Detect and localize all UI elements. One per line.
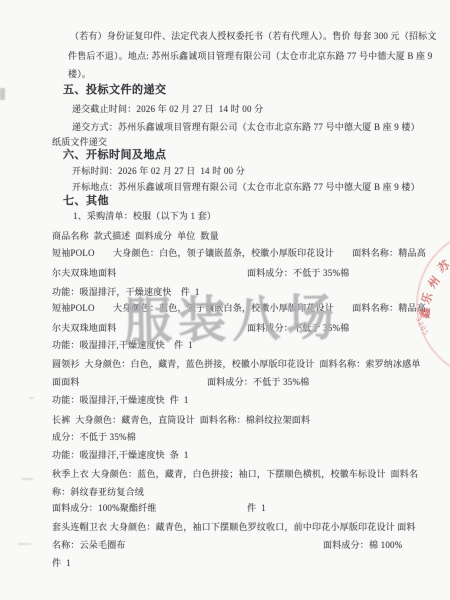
scan-speck: [29, 397, 34, 399]
para-line-3: 楼）。: [68, 68, 91, 80]
product-row-1-line-2-left: 尔夫双珠地面料: [52, 267, 116, 279]
product-table-header: 商品名称 款式描述 面料成分 单位 数量: [52, 230, 219, 242]
product-row-3-line-1: 圆领衫 大身颜色：白色，藏青，蓝色拼接，校徽小厚版印花设计 面料名称：索罗纳冰感…: [52, 358, 421, 370]
product-row-5-line-3-right: 件 1: [247, 502, 266, 514]
product-row-3-line-2-left: 面面料: [52, 376, 80, 388]
section-6-heading: 六、开标时间及地点: [63, 149, 167, 161]
submission-method-line: 递交方式：苏州乐鑫诚项目管理有限公司（太仓市北京东路 77 号中德大厦 B 座 …: [72, 121, 420, 133]
product-row-5-line-3-left: 面料成分：100%聚酯纤维: [52, 502, 157, 514]
paper-submission-line: 纸质文件递交: [52, 136, 107, 148]
para-line-1: （若有）身份证复印件、法定代表人授权委托书（若有代理人）。售价 每套 300 元…: [70, 30, 437, 42]
scan-speck: [22, 478, 33, 480]
section-5-heading: 五、投标文件的递交: [63, 84, 167, 96]
product-row-4-line-2: 成分：不低于 35%棉: [52, 431, 136, 443]
bid-opening-place-line: 开标地点：苏州乐鑫诚项目管理有限公司（太仓市北京东路 77 号中德大厦 B 座 …: [72, 181, 420, 193]
product-row-6-line-3: 件 1: [52, 557, 71, 569]
product-row-5-line-1: 秋季上衣 大身颜色：蓝色，藏青，白色拼接；袖口，下摆顺色横机，校徽车标设计 面料…: [52, 468, 418, 480]
product-row-6-line-2-right: 面料成分：棉 100%: [323, 539, 402, 551]
section-7-heading: 七、其他: [63, 195, 109, 207]
submission-deadline-line: 递交截止时间：2026 年 02 月 27 日 14 时 00 分: [72, 103, 263, 115]
product-row-3-line-3: 功能：吸湿排汗,干燥速度快 件 1: [52, 394, 189, 406]
bid-opening-time-line: 开标时间：2026 年 02 月 27 日 14 时 00 分: [72, 165, 245, 177]
watermark-text: 服装八场: [123, 277, 340, 353]
product-row-3-line-2-right: 面料成分：不低于 35%棉: [207, 376, 309, 388]
product-row-2-line-2-left: 尔夫双珠地面料: [52, 322, 116, 334]
product-row-4-line-3: 功能：吸湿排汗,干燥速度快 条 1: [52, 449, 189, 461]
scanned-tender-document-page: （若有）身份证复印件、法定代表人授权委托书（若有代理人）。售价 每套 300 元…: [0, 0, 450, 600]
procurement-list-line: 1、采购清单：校服（以下为 1 套）: [73, 210, 216, 222]
scan-speck: [0, 88, 5, 100]
product-row-6-line-2-left: 名称：云朵毛圈布: [52, 539, 126, 551]
para-line-2: 件售后不退）。地点: 苏州乐鑫诚项目管理有限公司（太仓市北京东路 77 号中德大…: [68, 50, 432, 62]
product-row-1-line-1: 短袖POLO 大身颜色：白色，领子镶嵌蓝条，校徽小厚版印花设计 面料名称：精品高: [52, 247, 426, 259]
product-row-4-line-1: 长裤 大身颜色：藏青色，直筒设计 面料名称：棉斜纹拉架面料: [52, 414, 310, 426]
product-row-5-line-2: 称：斜纹春亚纺复合绒: [52, 486, 144, 498]
product-row-6-line-1: 套头连帽卫衣 大身颜色：藏青色，袖口下摆顺色罗纹收口，前中印花小厚版印花设计 面…: [52, 521, 416, 533]
scan-speck: [18, 543, 31, 545]
